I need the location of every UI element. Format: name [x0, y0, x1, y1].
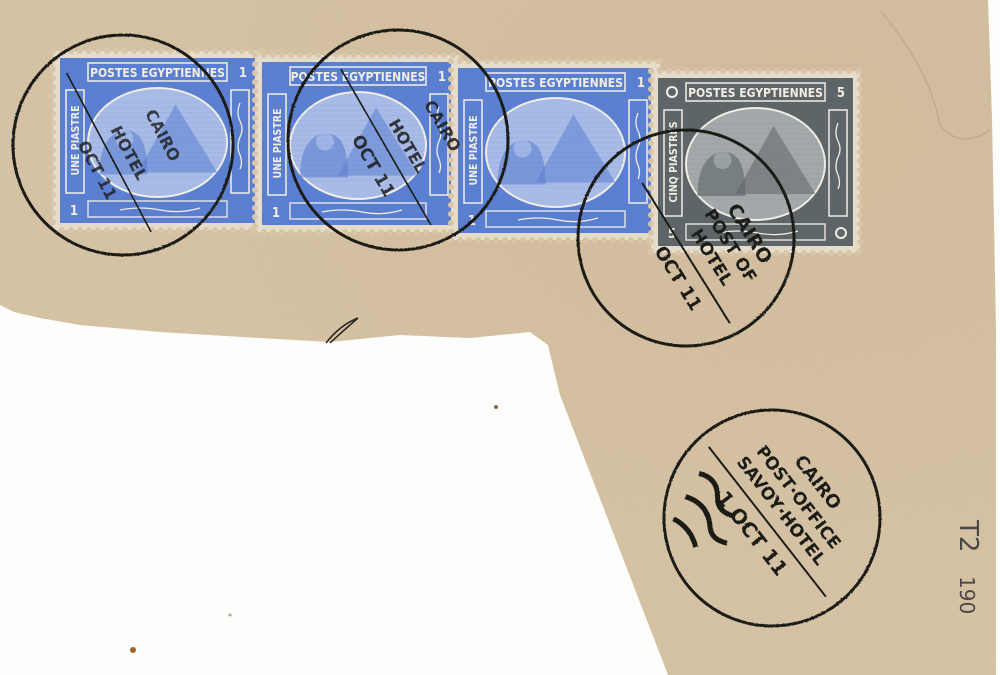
speck	[130, 647, 136, 653]
stamp-value: 5	[837, 86, 845, 101]
stamp-denomination-text: CINQ PIASTRES	[668, 121, 680, 202]
stamp-denomination-text: UNE PIASTRE	[468, 115, 480, 185]
stamp-value: 1	[438, 70, 446, 85]
stamp-value: 1	[272, 206, 280, 221]
speck	[229, 614, 232, 617]
stamp-value: 1	[70, 204, 78, 219]
stamp-country-text: POSTES EGYPTIENNES	[488, 76, 623, 90]
cover-fragment-photo: POSTES EGYPTIENNESUNE PIASTRE11POSTES EG…	[0, 0, 1000, 675]
pencil-number: 190	[955, 576, 979, 614]
stamp-value: 1	[239, 66, 247, 81]
pencil-code: T2	[953, 519, 983, 552]
stamp-denomination-text: UNE PIASTRE	[272, 108, 284, 178]
stamp-country-text: POSTES EGYPTIENNES	[688, 86, 823, 100]
stamp-value: 1	[637, 76, 645, 91]
speck	[494, 405, 498, 409]
stamp-denomination-text: UNE PIASTRE	[70, 105, 82, 175]
